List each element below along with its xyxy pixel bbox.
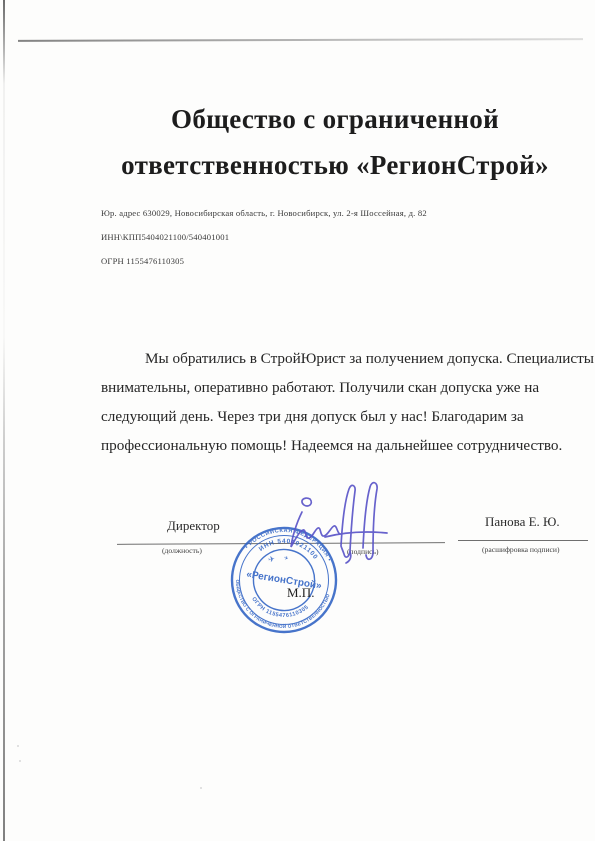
company-address: Юр. адрес 630029, Новосибирская область,… — [101, 208, 427, 218]
company-round-stamp: • РОССИЙСКАЯ ФЕДЕРАЦИЯ • ОБЩЕСТВО С ОГРА… — [228, 524, 340, 636]
stamp-plane-icon: ✈ — [267, 554, 275, 564]
company-title-line1: Общество с ограниченной — [100, 96, 570, 142]
company-title: Общество с ограниченной ответственностью… — [100, 96, 570, 188]
company-title-line2: ответственностью «РегионСтрой» — [100, 142, 570, 188]
scan-speck — [200, 787, 202, 789]
scanned-document-page: Общество с ограниченной ответственностью… — [0, 0, 595, 841]
signature-stroke — [302, 498, 311, 506]
testimonial-text: Мы обратились в СтройЮрист за получением… — [101, 344, 581, 460]
scan-artifact-horizontal-line — [18, 38, 583, 41]
company-ogrn: ОГРН 1155476110305 — [101, 256, 184, 266]
director-role-label: Директор — [167, 518, 220, 534]
role-caption: (должность) — [162, 546, 202, 555]
scan-speck — [19, 760, 21, 762]
stamp-plane-icon-small: ✈ — [282, 554, 290, 563]
testimonial-line: профессиональную помощь! Надеемся на дал… — [101, 431, 581, 460]
sign-caption: (подпись) — [347, 547, 379, 556]
testimonial-line: внимательны, оперативно работают. Получи… — [101, 373, 581, 402]
scan-speck — [17, 745, 19, 747]
scan-artifact-vertical-line — [3, 0, 5, 841]
company-inn-kpp: ИНН\КПП5404021100/540401001 — [101, 232, 229, 242]
seal-place-mark: М.П. — [287, 585, 314, 601]
testimonial-line: Мы обратились в СтройЮрист за получением… — [101, 344, 581, 373]
signee-name: Панова Е. Ю. — [485, 514, 560, 530]
testimonial-line: следующий день. Через три дня допуск был… — [101, 402, 581, 431]
signature-rule-right — [458, 540, 588, 541]
name-caption: (расшифровка подписи) — [482, 545, 560, 554]
